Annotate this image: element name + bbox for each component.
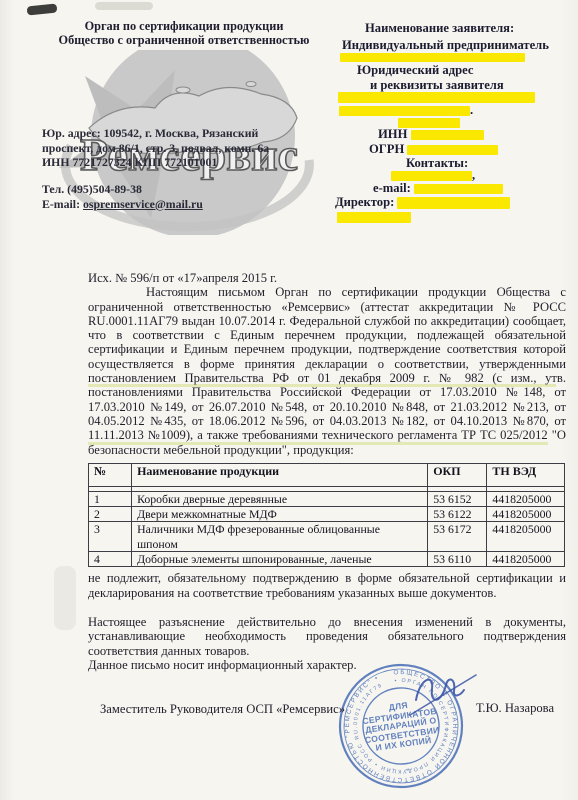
applicant-block: Наименование заявителя: Индивидуальный п… — [320, 14, 578, 229]
col-header-name: Наименование продукции — [132, 463, 428, 486]
cell-num: 1 — [89, 491, 132, 506]
org-email-label: E-mail: — [42, 197, 83, 211]
applicant-ogrn-line: ОГРН — [369, 143, 498, 156]
redaction-bar — [339, 106, 470, 116]
col-header-okp: ОКП — [428, 463, 487, 486]
table-row: 3 Наличники МДФ фрезерованные облицованн… — [89, 522, 565, 552]
applicant-director-line: Директор: — [335, 196, 510, 209]
punctuation: . — [470, 103, 473, 117]
signer-name: Т.Ю. Назарова — [476, 701, 554, 716]
product-table-body: 1 Коробки дверные деревянные 53 6152 441… — [89, 491, 565, 566]
cell-name: Наличники МДФ фрезерованные облицованные… — [132, 522, 428, 552]
org-contacts: Тел. (495)504-89-38 E-mail: ospremservic… — [42, 182, 322, 211]
letter-paragraph-1: Настоящим письмом Орган по сертификации … — [88, 285, 566, 457]
cell-okp: 53 6122 — [428, 507, 487, 522]
punctuation: , — [472, 168, 475, 182]
redaction-line — [340, 50, 525, 63]
scan-blotch — [54, 566, 76, 630]
signer-position: Заместитель Руководителя ОСП «Ремсервис» — [100, 702, 345, 717]
cell-tnved: 4418205000 — [487, 552, 565, 567]
redaction-bar — [338, 92, 535, 103]
inn-label: ИНН — [378, 127, 407, 141]
cell-tnved: 4418205000 — [487, 522, 565, 552]
scan-smudge-grey — [95, 2, 153, 10]
cell-num: 3 — [89, 522, 132, 552]
cell-num: 2 — [89, 507, 132, 522]
applicant-email-line: e-mail: — [373, 182, 503, 195]
cell-tnved: 4418205000 — [487, 491, 565, 506]
cell-name: Коробки дверные деревянные — [132, 491, 428, 506]
cell-okp: 53 6152 — [428, 491, 487, 506]
scan-smudge-dark — [27, 3, 58, 15]
org-address-line2: проспект, дом 86/1, стр. 3, подвал, комн… — [42, 141, 322, 156]
redaction-line — [338, 90, 535, 103]
redaction-bar — [391, 171, 472, 181]
redaction-bar — [411, 130, 484, 140]
director-label: Директор: — [335, 195, 394, 209]
table-row: 4 Доборные элементы шпонированные, лачен… — [89, 552, 565, 567]
applicant-inn-line: ИНН — [378, 128, 484, 141]
product-table: № Наименование продукции ОКП ТН ВЭД 1 Ко… — [88, 463, 565, 567]
applicant-address-title1: Юридический адрес — [357, 64, 473, 77]
letter-body: Исх. № 596/п от «17»апреля 2015 г. Насто… — [88, 271, 566, 672]
cell-name: Двери межкомнатные МДФ — [132, 507, 428, 522]
cell-tnved: 4418205000 — [487, 507, 565, 522]
org-phone: Тел. (495)504-89-38 — [42, 182, 322, 197]
org-header: Орган по сертификации продукции Общество… — [58, 19, 310, 47]
table-row: 1 Коробки дверные деревянные 53 6152 441… — [89, 491, 565, 506]
org-address-line1: Юр. адрес: 109542, г. Москва, Рязанский — [42, 126, 322, 141]
outgoing-ref-line: Исх. № 596/п от «17»апреля 2015 г. — [88, 271, 566, 285]
applicant-title: Наименование заявителя: — [365, 22, 514, 35]
redaction-line — [337, 210, 411, 223]
email-label: e-mail: — [373, 181, 411, 195]
col-header-tnved: ТН ВЭД — [487, 463, 565, 486]
cell-name: Доборные элементы шпонированные, лаченые — [132, 552, 428, 567]
org-address: Юр. адрес: 109542, г. Москва, Рязанский … — [42, 126, 322, 170]
redaction-bar — [337, 212, 411, 223]
org-header-line2: Общество с ограниченной ответственностью — [58, 33, 310, 47]
redaction-bar — [397, 197, 510, 209]
cell-okp: 53 6110 — [428, 552, 487, 567]
org-email-line: E-mail: ospremservice@mail.ru — [42, 197, 322, 212]
col-header-num: № — [89, 463, 132, 486]
redaction-bar — [340, 53, 525, 62]
table-row: 2 Двери межкомнатные МДФ 53 6122 4418205… — [89, 507, 565, 522]
cell-okp: 53 6172 — [428, 522, 487, 552]
org-email-link: ospremservice@mail.ru — [83, 197, 203, 211]
redaction-bar — [414, 184, 503, 194]
redaction-bar — [407, 145, 498, 155]
product-table-header: № Наименование продукции ОКП ТН ВЭД — [89, 463, 565, 491]
letter-paragraph-3: Настоящее разъяснение действительно до в… — [88, 615, 566, 658]
cell-num: 4 — [89, 552, 132, 567]
ogrn-label: ОГРН — [369, 142, 404, 156]
letter-paragraph-2: не подлежит, обязательному подтверждению… — [88, 571, 566, 600]
handwritten-signature-icon — [408, 668, 480, 720]
org-header-line1: Орган по сертификации продукции — [58, 19, 310, 33]
scanned-letter-page: Орган по сертификации продукции Общество… — [0, 0, 578, 800]
org-address-line3: ИНН 7721727324 КПП 772101001 — [42, 155, 322, 170]
